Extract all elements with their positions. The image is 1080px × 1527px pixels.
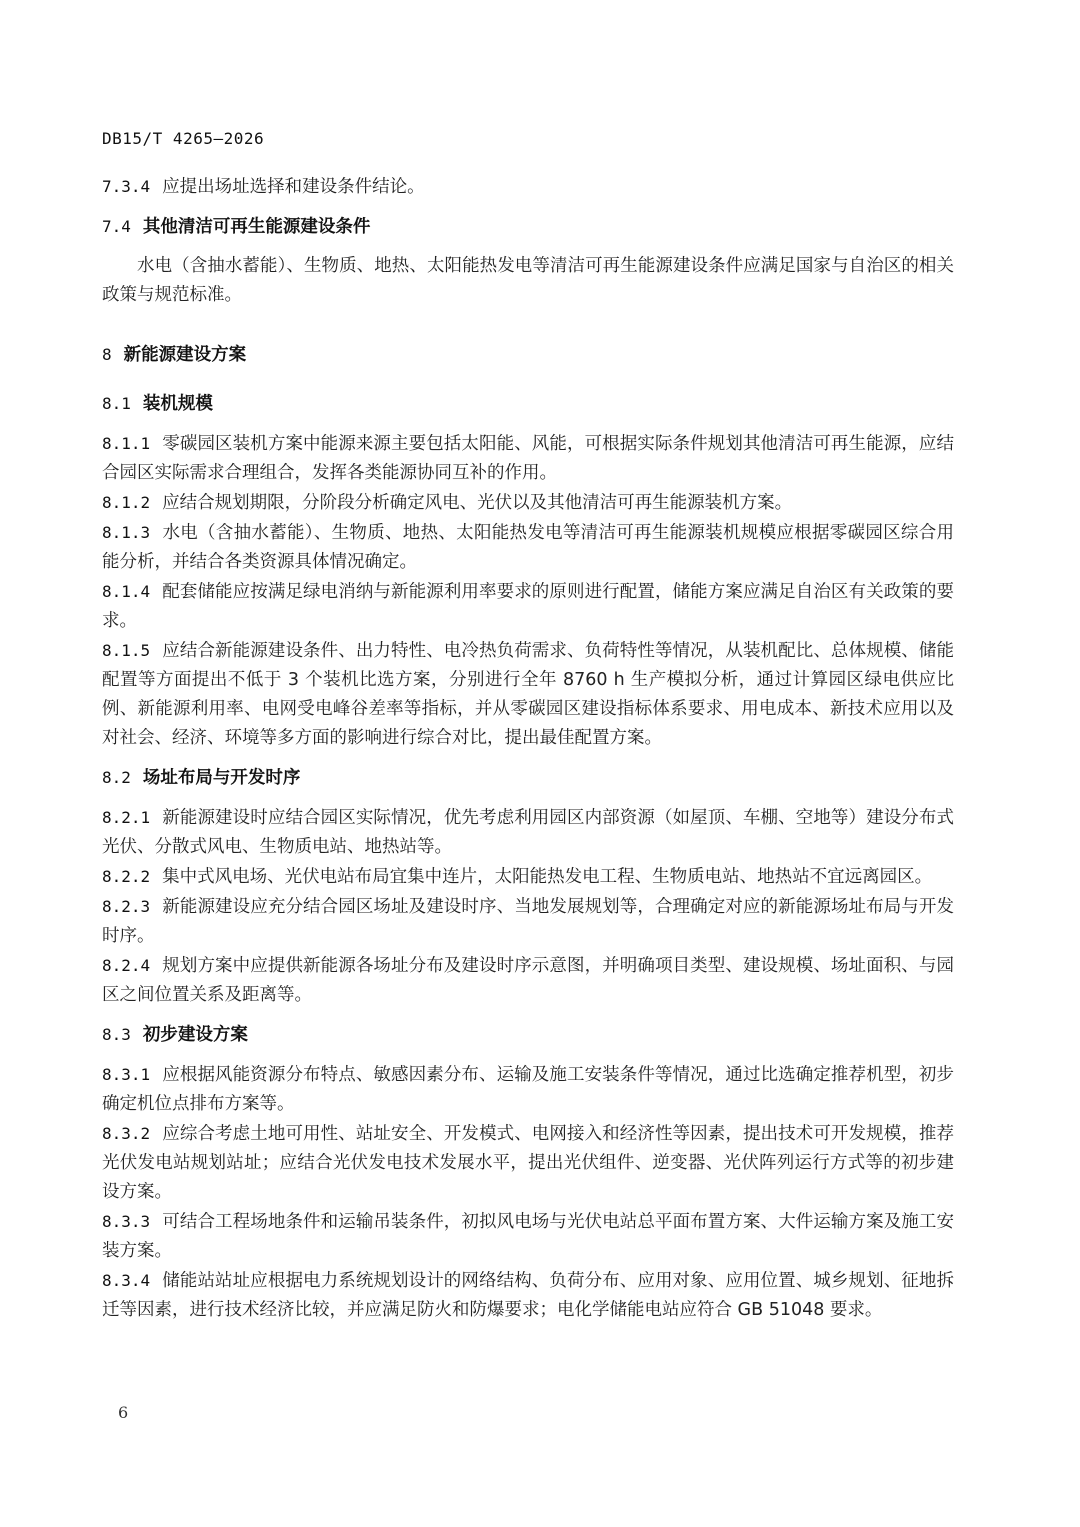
document-body: 7.3.4应提出场址选择和建设条件结论。 7.4其他清洁可再生能源建设条件 水电… [102,172,954,1325]
clause-text: 应根据风能资源分布特点、敏感因素分布、运输及施工安装条件等情况，通过比选确定推荐… [102,1065,954,1114]
section-title: 初步建设方案 [143,1025,248,1045]
clause-8-2-1: 8.2.1新能源建设时应结合园区实际情况，优先考虑利用园区内部资源（如屋顶、车棚… [102,803,954,862]
chapter-number: 8 [102,345,112,364]
clause-number: 8.1.4 [102,582,150,601]
section-7-4-paragraph: 水电（含抽水蓄能）、生物质、地热、太阳能热发电等清洁可再生能源建设条件应满足国家… [102,252,954,310]
section-number: 7.4 [102,217,131,236]
clause-text: 规划方案中应提供新能源各场址分布及建设时序示意图，并明确项目类型、建设规模、场址… [102,956,954,1005]
clause-8-3-2: 8.3.2应综合考虑土地可用性、站址安全、开发模式、电网接入和经济性等因素，提出… [102,1119,954,1207]
clause-text: 新能源建设应充分结合园区场址及建设时序、当地发展规划等，合理确定对应的新能源场址… [102,897,954,946]
clause-text: 配套储能应按满足绿电消纳与新能源利用率要求的原则进行配置，储能方案应满足自治区有… [102,582,954,631]
section-number: 8.2 [102,768,131,787]
clause-8-2-2: 8.2.2集中式风电场、光伏电站布局宜集中连片，太阳能热发电工程、生物质电站、地… [102,862,954,892]
clause-number: 8.1.1 [102,434,150,453]
section-heading-8-1: 8.1装机规模 [102,389,954,419]
document-page: DB15/T 4265—2026 7.3.4应提出场址选择和建设条件结论。 7.… [0,0,1080,1527]
clause-7-3-4: 7.3.4应提出场址选择和建设条件结论。 [102,172,954,202]
chapter-title: 新能源建设方案 [124,345,247,365]
clause-number: 8.2.4 [102,956,150,975]
standard-code-header: DB15/T 4265—2026 [102,129,264,148]
clause-text: 应综合考虑土地可用性、站址安全、开发模式、电网接入和经济性等因素，提出技术可开发… [102,1124,954,1202]
clause-number: 8.2.1 [102,808,150,827]
clause-text: 零碳园区装机方案中能源来源主要包括太阳能、风能，可根据实际条件规划其他清洁可再生… [102,434,954,483]
clause-number: 8.3.2 [102,1124,150,1143]
clause-number: 8.1.3 [102,523,150,542]
clause-8-1-4: 8.1.4配套储能应按满足绿电消纳与新能源利用率要求的原则进行配置，储能方案应满… [102,577,954,636]
clause-8-1-3: 8.1.3水电（含抽水蓄能）、生物质、地热、太阳能热发电等清洁可再生能源装机规模… [102,518,954,577]
clause-text: 集中式风电场、光伏电站布局宜集中连片，太阳能热发电工程、生物质电站、地热站不宜远… [162,867,932,887]
clause-number: 8.1.5 [102,641,150,660]
chapter-heading-8: 8新能源建设方案 [102,340,954,370]
clause-number: 7.3.4 [102,177,150,196]
clause-number: 8.1.2 [102,493,150,512]
clause-text: 储能站站址应根据电力系统规划设计的网络结构、负荷分布、应用对象、应用位置、城乡规… [102,1271,954,1320]
clause-8-2-3: 8.2.3新能源建设应充分结合园区场址及建设时序、当地发展规划等，合理确定对应的… [102,892,954,951]
page-number: 6 [118,1403,128,1422]
clause-text: 应结合规划期限，分阶段分析确定风电、光伏以及其他清洁可再生能源装机方案。 [162,493,792,513]
clause-8-3-1: 8.3.1应根据风能资源分布特点、敏感因素分布、运输及施工安装条件等情况，通过比… [102,1060,954,1119]
section-title: 其他清洁可再生能源建设条件 [143,217,371,237]
clause-text: 新能源建设时应结合园区实际情况，优先考虑利用园区内部资源（如屋顶、车棚、空地等）… [102,808,954,857]
section-heading-7-4: 7.4其他清洁可再生能源建设条件 [102,212,954,242]
clause-number: 8.3.1 [102,1065,150,1084]
clause-text: 可结合工程场地条件和运输吊装条件，初拟风电场与光伏电站总平面布置方案、大件运输方… [102,1212,954,1261]
section-title: 场址布局与开发时序 [143,768,301,788]
section-heading-8-2: 8.2场址布局与开发时序 [102,763,954,793]
clause-8-3-4: 8.3.4储能站站址应根据电力系统规划设计的网络结构、负荷分布、应用对象、应用位… [102,1266,954,1325]
clause-text: 水电（含抽水蓄能）、生物质、地热、太阳能热发电等清洁可再生能源装机规模应根据零碳… [102,523,954,572]
clause-text: 应结合新能源建设条件、出力特性、电冷热负荷需求、负荷特性等情况，从装机配比、总体… [102,641,954,748]
section-number: 8.1 [102,394,131,413]
clause-8-1-2: 8.1.2应结合规划期限，分阶段分析确定风电、光伏以及其他清洁可再生能源装机方案… [102,488,954,518]
clause-8-3-3: 8.3.3可结合工程场地条件和运输吊装条件，初拟风电场与光伏电站总平面布置方案、… [102,1207,954,1266]
section-heading-8-3: 8.3初步建设方案 [102,1020,954,1050]
clause-number: 8.2.3 [102,897,150,916]
section-title: 装机规模 [143,394,213,414]
clause-text: 应提出场址选择和建设条件结论。 [162,177,425,197]
clause-number: 8.3.3 [102,1212,150,1231]
clause-8-2-4: 8.2.4规划方案中应提供新能源各场址分布及建设时序示意图，并明确项目类型、建设… [102,951,954,1010]
section-number: 8.3 [102,1025,131,1044]
clause-number: 8.3.4 [102,1271,150,1290]
clause-number: 8.2.2 [102,867,150,886]
clause-8-1-5: 8.1.5应结合新能源建设条件、出力特性、电冷热负荷需求、负荷特性等情况，从装机… [102,636,954,753]
clause-8-1-1: 8.1.1零碳园区装机方案中能源来源主要包括太阳能、风能，可根据实际条件规划其他… [102,429,954,488]
